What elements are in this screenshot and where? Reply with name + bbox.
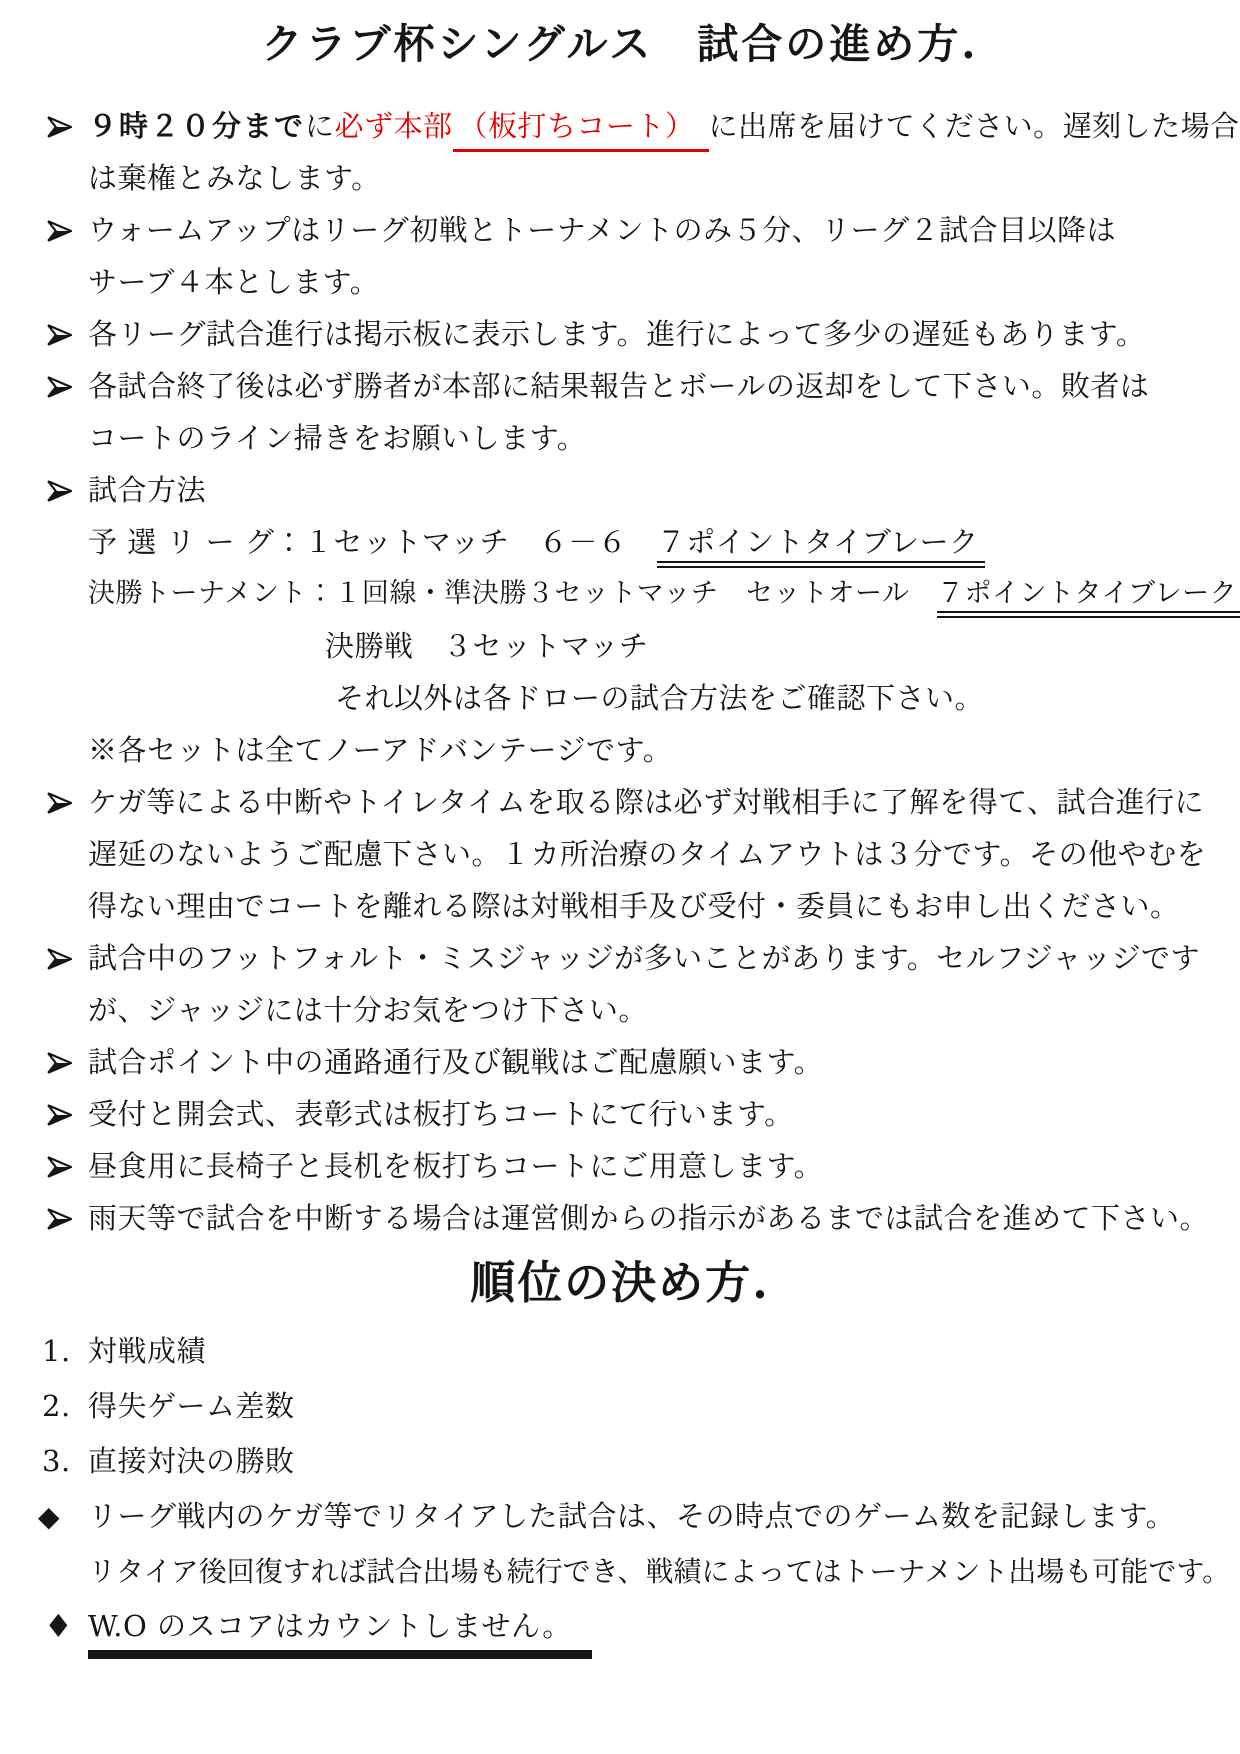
format-prelim-lead: 予 選 リ ー グ：１セットマッチ ６－６ [88,525,657,559]
arrow-bullet-icon [46,218,72,244]
arrow-bullet-icon [46,790,72,816]
ranking-note-retire-line2: リタイア後回復すれば試合出場も続行でき、戦績によってはトーナメント出場も可能です… [0,1544,1240,1599]
format-final-match-line: 決勝戦 ３セットマッチ [0,620,1240,672]
arrival-court-red-underlined: （板打ちコート） [453,109,709,152]
rule-item-judge-line2: が、ジャッジには十分お気をつけ下さい。 [0,984,1240,1036]
rule-item-arrival: ９時２０分までに必ず本部（板打ちコート）に出席を届けてください。遅刻した場合 [0,100,1240,152]
injury-line1-text: ケガ等による中断やトイレタイムを取る際は必ず対戦相手に了解を得て、試合進行に [88,785,1204,819]
format-note-line: ※各セットは全てノーアドバンテージです。 [0,724,1240,776]
rule-item-injury-line3: 得ない理由でコートを離れる際は対戦相手及び受付・委員にもお申し出ください。 [0,880,1240,932]
format-prelim-line: 予 選 リ ー グ：１セットマッチ ６－６ ７ポイントタイブレーク [0,516,1240,568]
format-final-lead: 決勝トーナメント：１回線・準決勝３セットマッチ セットオール [88,578,937,609]
rule-item-rain: 雨天等で試合を中断する場合は運営側からの指示があるまでは試合を進めて下さい。 [0,1192,1240,1244]
page-title: クラブ杯シングルス 試合の進め方. [0,0,1240,72]
ranking-item-1-label: 対戦成績 [88,1334,206,1368]
rule-item-report: 各試合終了後は必ず勝者が本部に結果報告とボールの返却をして下さい。敗者は [0,360,1240,412]
ranking-item-2-number: 2. [42,1379,71,1434]
wo-note-underlined-text: W.O のスコアはカウントしません。 [88,1609,592,1659]
board-text: 各リーグ試合進行は掲示板に表示します。進行によって多少の遅延もあります。 [88,317,1145,351]
ranking-note-retire: ◆ リーグ戦内のケガ等でリタイアした試合は、その時点でのゲーム数を記録します。 [0,1489,1240,1544]
arrival-red-text: 必ず本部 [335,109,453,143]
report-line1-text: 各試合終了後は必ず勝者が本部に結果報告とボールの返却をして下さい。敗者は [88,369,1149,403]
format-other-text: それ以外は各ドローの試合方法をご確認下さい。 [335,681,984,715]
injury-line3-text: 得ない理由でコートを離れる際は対戦相手及び受付・委員にもお申し出ください。 [88,889,1180,923]
judge-line1-text: 試合中のフットフォルト・ミスジャッジが多いことがあります。セルフジャッジです [88,941,1200,975]
ranking-item-3-label: 直接対決の勝敗 [88,1444,295,1478]
ranking-item-2: 2. 得失ゲーム差数 [0,1379,1240,1434]
rule-item-ceremony: 受付と開会式、表彰式は板打ちコートにて行います。 [0,1088,1240,1140]
rule-item-arrival-line2: は棄権とみなします。 [0,152,1240,204]
ranking-item-3-number: 3. [42,1434,71,1489]
format-prelim-tiebreak-underlined: ７ポイントタイブレーク [657,525,985,568]
retire-note-line2-text: リタイア後回復すれば試合出場も続行でき、戦績によってはトーナメント出場も可能です… [88,1555,1230,1588]
arrow-bullet-icon [46,322,72,348]
arrival-rest-text: に出席を届けてください。遅刻した場合 [709,109,1240,143]
arrow-bullet-icon [46,1154,72,1180]
arrow-bullet-icon [46,1206,72,1232]
format-note-text: ※各セットは全てノーアドバンテージです。 [88,733,672,767]
rule-item-injury-line2: 遅延のないようご配慮下さい。１カ所治療のタイムアウトは３分です。その他やむを [0,828,1240,880]
arrival-particle: に [305,109,335,143]
rule-item-judge: 試合中のフットフォルト・ミスジャッジが多いことがあります。セルフジャッジです [0,932,1240,984]
lunch-text: 昼食用に長椅子と長机を板打ちコートにご用意します。 [88,1149,823,1183]
ranking-item-1: 1. 対戦成績 [0,1324,1240,1379]
retire-note-line1-text: リーグ戦内のケガ等でリタイアした試合は、その時点でのゲーム数を記録します。 [88,1499,1175,1533]
rain-text: 雨天等で試合を中断する場合は運営側からの指示があるまでは試合を進めて下さい。 [88,1201,1209,1235]
warmup-line1-text: ウォームアップはリーグ初戦とトーナメントのみ５分、リーグ２試合目以降は [88,213,1116,247]
rule-item-warmup: ウォームアップはリーグ初戦とトーナメントのみ５分、リーグ２試合目以降は [0,204,1240,256]
ranking-item-3: 3. 直接対決の勝敗 [0,1434,1240,1489]
rule-item-passage: 試合ポイント中の通路通行及び観戦はご配慮願います。 [0,1036,1240,1088]
arrow-bullet-icon [46,1102,72,1128]
rule-item-injury: ケガ等による中断やトイレタイムを取る際は必ず対戦相手に了解を得て、試合進行に [0,776,1240,828]
rule-item-warmup-line2: サーブ４本とします。 [0,256,1240,308]
ceremony-text: 受付と開会式、表彰式は板打ちコートにて行います。 [88,1097,794,1131]
injury-line2-text: 遅延のないようご配慮下さい。１カ所治療のタイムアウトは３分です。その他やむを [88,837,1206,871]
passage-text: 試合ポイント中の通路通行及び観戦はご配慮願います。 [88,1045,823,1079]
arrival-deadline-text: ９時２０分まで [88,109,305,143]
ranking-item-1-number: 1. [42,1324,71,1379]
rules-section: ９時２０分までに必ず本部（板打ちコート）に出席を届けてください。遅刻した場合 は… [0,100,1240,1244]
arrow-bullet-icon [46,114,72,140]
ranking-section-title: 順位の決め方. [0,1252,1240,1314]
format-final-tournament-line: 決勝トーナメント：１回線・準決勝３セットマッチ セットオール ７ポイントタイブレ… [0,568,1240,620]
arrow-bullet-icon [46,374,72,400]
ranking-note-wo: ♦ W.O のスコアはカウントしません。 [0,1599,1240,1654]
rule-item-format: 試合方法 [0,464,1240,516]
format-final-tiebreak-underlined: ７ポイントタイブレーク [937,578,1240,618]
arrow-bullet-icon [46,946,72,972]
document-page: クラブ杯シングルス 試合の進め方. ９時２０分までに必ず本部（板打ちコート）に出… [0,0,1240,1754]
ranking-section: 1. 対戦成績 2. 得失ゲーム差数 3. 直接対決の勝敗 ◆ リーグ戦内のケガ… [0,1324,1240,1654]
report-line2-text: コートのライン掃きをお願いします。 [88,421,586,455]
diamond-bullet-icon: ♦ [44,1599,73,1654]
ranking-item-2-label: 得失ゲーム差数 [88,1389,295,1423]
rule-item-report-line2: コートのライン掃きをお願いします。 [0,412,1240,464]
arrow-bullet-icon [46,478,72,504]
rule-item-lunch: 昼食用に長椅子と長机を板打ちコートにご用意します。 [0,1140,1240,1192]
format-other-line: それ以外は各ドローの試合方法をご確認下さい。 [0,672,1240,724]
arrival-line2-text: は棄権とみなします。 [88,161,381,195]
format-final-match-text: 決勝戦 ３セットマッチ [325,629,648,663]
arrow-bullet-icon [46,1050,72,1076]
diamond-bullet-icon: ◆ [38,1489,60,1544]
rule-item-board: 各リーグ試合進行は掲示板に表示します。進行によって多少の遅延もあります。 [0,308,1240,360]
warmup-line2-text: サーブ４本とします。 [88,265,379,299]
judge-line2-text: が、ジャッジには十分お気をつけ下さい。 [88,993,648,1027]
format-label: 試合方法 [88,473,206,507]
